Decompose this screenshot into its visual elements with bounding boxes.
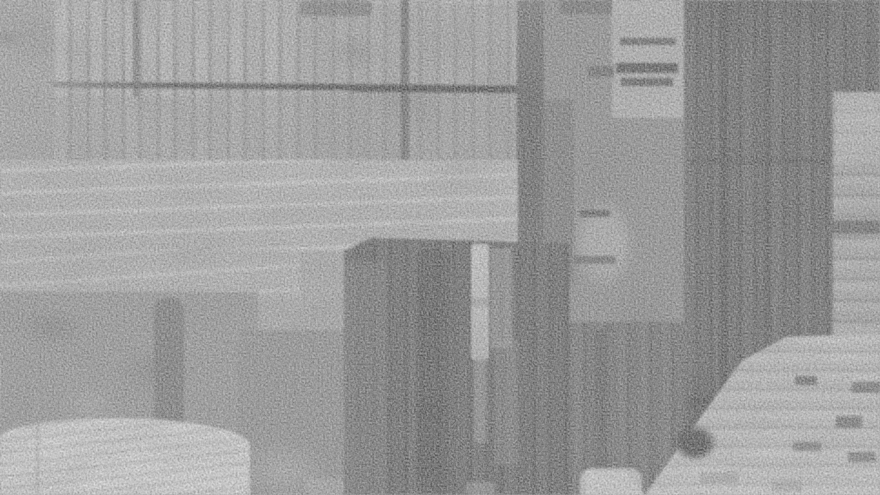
- wedge-board-gap-3: [836, 416, 862, 428]
- board-gap-dash-2: [616, 63, 678, 73]
- pile-top-light-band: [0, 160, 518, 252]
- board-gap-dash-3: [621, 78, 673, 86]
- mid-top-dark-blob: [300, 0, 372, 16]
- light-strip-beside-post: [491, 248, 512, 348]
- right-edge-dark-gap: [833, 220, 880, 234]
- center-stack-left-column: [344, 262, 386, 495]
- right-stack-horizontal-mark-1: [688, 158, 828, 164]
- wedge-board-gap-2: [852, 382, 880, 393]
- bottom-right-ground-mark-2: [772, 480, 802, 492]
- board-gap-dash-4: [588, 66, 614, 77]
- photo-paint-layer: [0, 0, 880, 495]
- bottom-left-transition: [238, 330, 348, 495]
- bottom-center-white-patch: [580, 468, 642, 495]
- bottom-right-ground-mark-1: [700, 472, 738, 484]
- bottom-light-smear-1: [305, 478, 345, 495]
- bottom-light-smear-2: [465, 482, 495, 495]
- ground-thin-line: [36, 390, 39, 495]
- wedge-board-gap-1: [795, 376, 817, 385]
- center-stack-light-column: [495, 340, 519, 465]
- alley-dash-b: [574, 256, 616, 264]
- white-post-lower-extension: [474, 358, 487, 443]
- light-column-top: [612, 0, 684, 118]
- plank-seam-line-mid: [401, 0, 409, 166]
- right-dark-stack-top-corner: [833, 0, 880, 94]
- bottom-center-dark-line: [595, 330, 605, 490]
- pile-top-light-extension: [0, 250, 300, 298]
- dark-gap-blob: [672, 424, 718, 462]
- right-stack-seam-1: [719, 0, 727, 424]
- wedge-board-gap-4: [793, 442, 821, 451]
- board-gap-dash-1: [620, 38, 676, 45]
- alley-dash-a: [580, 210, 610, 217]
- white-post-notch: [471, 298, 489, 307]
- wedge-board-gap-5: [848, 452, 876, 462]
- photo-lumber-yard: Grainy black-and-white photograph of a t…: [0, 0, 880, 495]
- center-stack-dark-column: [416, 250, 450, 495]
- right-edge-bright-patch: [836, 100, 880, 158]
